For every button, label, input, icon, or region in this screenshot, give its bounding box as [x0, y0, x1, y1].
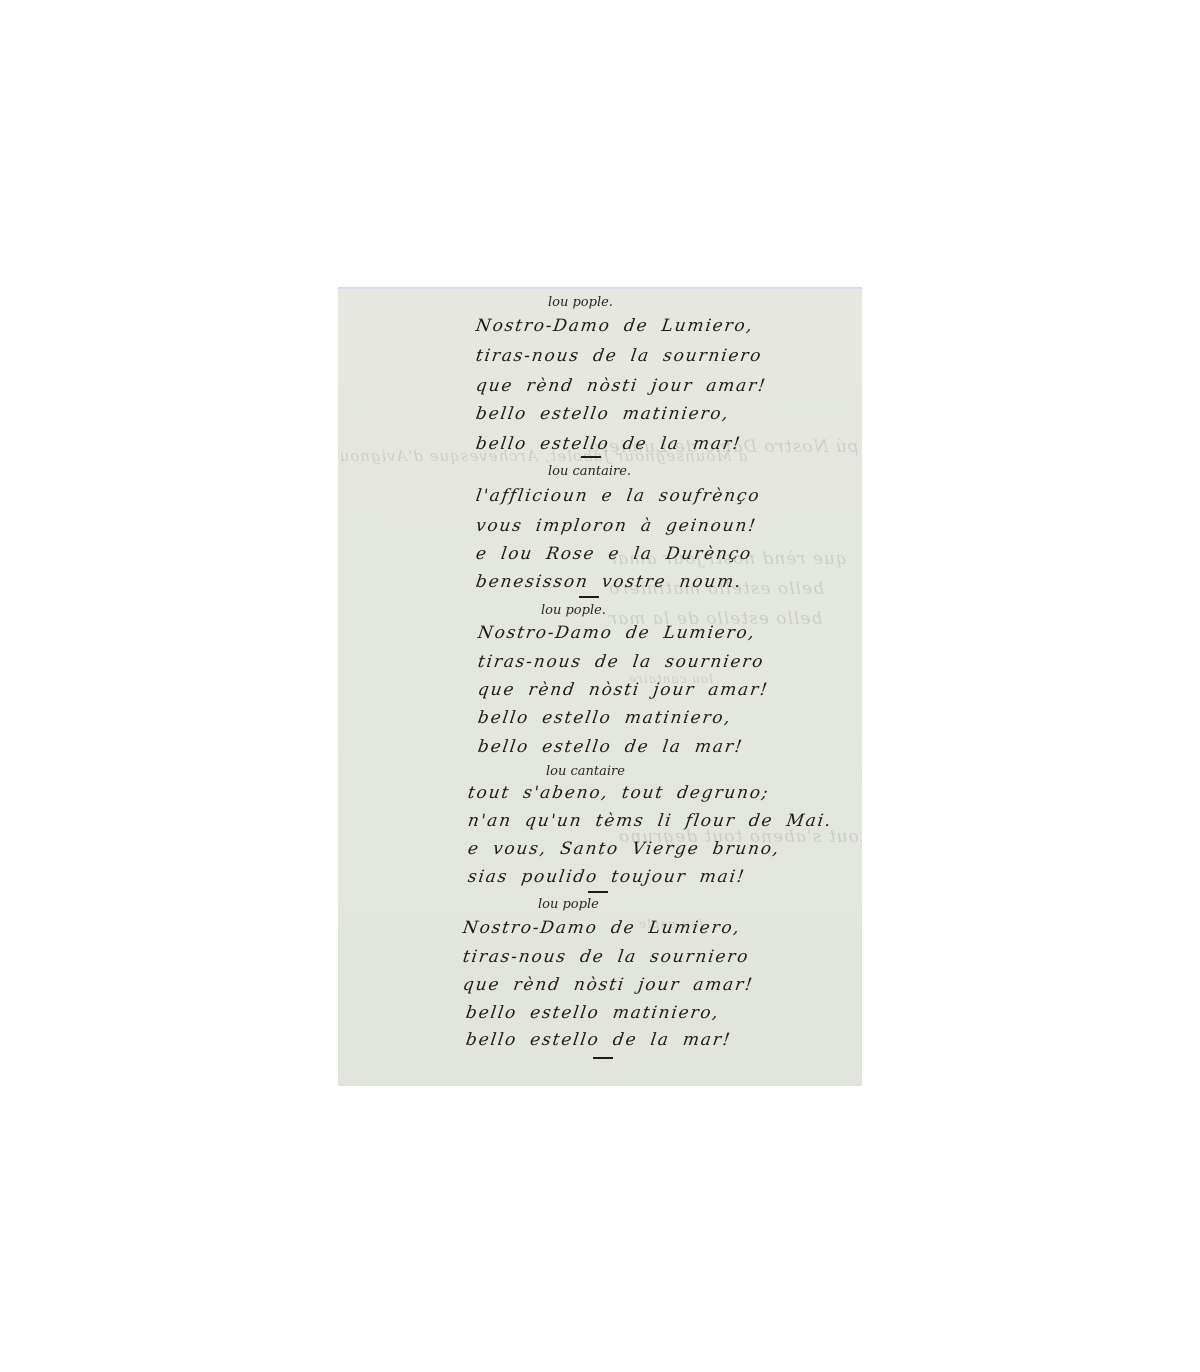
verse-line: benesisson vostre noum. — [475, 572, 744, 592]
verse-line: Nostro-Damo de Lumiero, — [475, 316, 755, 336]
verse-line: bello estello matiniero, — [477, 708, 733, 728]
verse-line: que rènd nòsti jour amar! — [477, 680, 770, 700]
manuscript-sheet: pú Nostro Damo de Lumiero a Mounsegnour… — [338, 287, 862, 1086]
stanza-label: lou pople — [538, 897, 599, 912]
verse-line: que rènd nòsti jour amar! — [475, 376, 768, 396]
verse-line: e vous, Santo Vierge bruno, — [467, 839, 782, 859]
verse-line: vous imploron à geinoun! — [475, 516, 759, 536]
stanza-separator — [593, 1057, 613, 1059]
verse-line: sias poulido toujour mai! — [467, 867, 747, 887]
verse-line: bello estello matiniero, — [465, 1003, 721, 1023]
verse-line: que rènd nòsti jour amar! — [462, 975, 755, 995]
verse-line: e lou Rose e la Durènço — [475, 544, 754, 564]
verse-line: n'an qu'un tèms li flour de Mai. — [467, 811, 834, 831]
stanza-label: lou pople. — [548, 295, 613, 310]
stanza-label: lou cantaire — [546, 764, 625, 779]
stanza-separator — [579, 596, 599, 598]
verse-line: tiras-nous de la sourniero — [462, 947, 751, 967]
stanza-separator — [588, 891, 608, 893]
verse-line: Nostro-Damo de Lumiero, — [477, 623, 757, 643]
stanza-separator — [581, 456, 601, 458]
stanza-label: lou pople. — [541, 603, 606, 618]
stanza-label: lou cantaire. — [548, 464, 631, 479]
verse-line: tiras-nous de la sourniero — [477, 652, 766, 672]
verse-line: l'afflicioun e la soufrènço — [475, 486, 762, 506]
verse-line: bello estello matiniero, — [475, 404, 731, 424]
verse-line: bello estello de la mar! — [475, 434, 743, 454]
verse-line: Nostro-Damo de Lumiero, — [462, 918, 742, 938]
verse-line: tout s'abeno, tout degruno; — [467, 783, 771, 803]
verse-line: tiras-nous de la sourniero — [475, 346, 764, 366]
verse-line: bello estello de la mar! — [477, 737, 745, 757]
verse-line: bello estello de la mar! — [465, 1030, 733, 1050]
page-background: pú Nostro Damo de Lumiero a Mounsegnour… — [0, 0, 1200, 1372]
